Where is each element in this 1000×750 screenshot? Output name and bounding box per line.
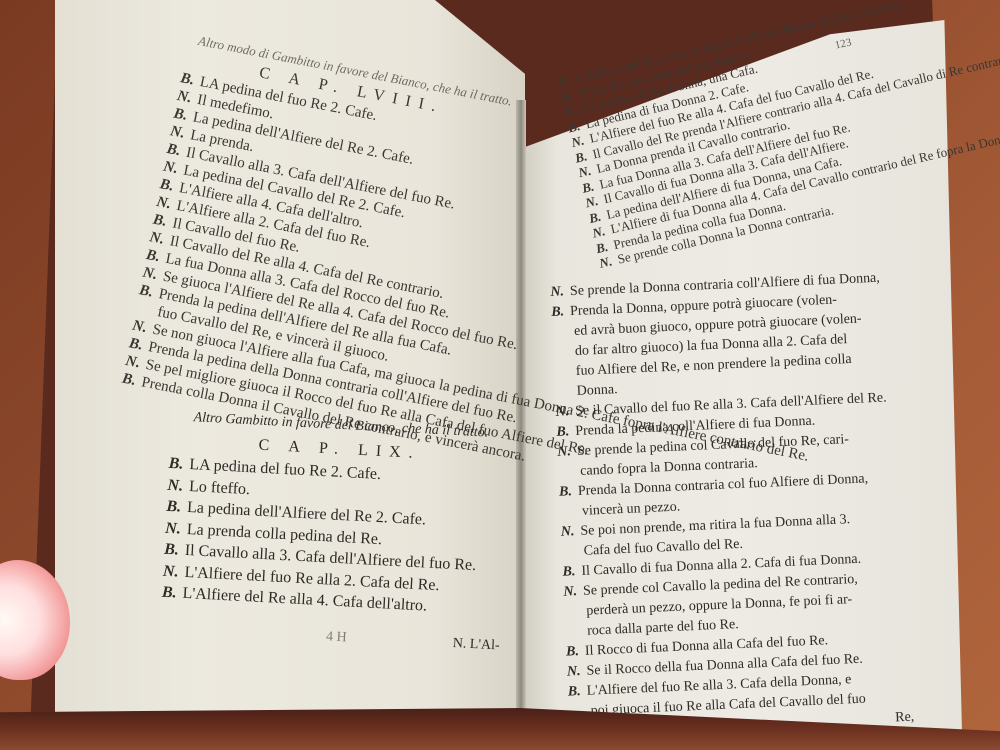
white-player-marker: B. [179, 70, 196, 88]
white-player-marker: B. [566, 644, 579, 660]
white-player-marker: B. [161, 584, 177, 602]
white-player-marker: B. [556, 424, 569, 440]
move-list: B.LA pedina del fuo Re 2. Cafe.N.Il mede… [121, 69, 517, 452]
white-player-marker: B. [562, 564, 575, 580]
book-gutter [516, 100, 526, 730]
white-player-marker: B. [165, 141, 182, 159]
black-player-marker: N. [563, 102, 579, 119]
black-player-marker: N. [555, 404, 569, 420]
black-player-marker: N. [162, 159, 179, 177]
white-player-marker: B. [128, 335, 145, 353]
black-player-marker: N. [167, 476, 183, 494]
black-player-marker: N. [124, 353, 141, 371]
left-page-lower-text: Altro Gambitto in favore del Bianco, che… [159, 400, 511, 656]
white-player-marker: B. [152, 212, 169, 230]
black-player-marker: N. [591, 223, 607, 240]
black-player-marker: N. [176, 88, 193, 106]
black-player-marker: N. [577, 163, 593, 180]
signature-mark: 4 H [326, 626, 348, 649]
black-player-marker: N. [563, 584, 577, 600]
move-list: B.LA pedina del fuo Re 2. Cafe.N.Lo ftef… [161, 453, 508, 621]
catchword: N. L'Al- [452, 633, 500, 657]
black-player-marker: N. [169, 123, 186, 141]
black-player-marker: N. [584, 193, 600, 210]
black-player-marker: N. [570, 133, 586, 150]
black-player-marker: N. [550, 284, 564, 300]
white-player-marker: B. [164, 541, 180, 559]
black-player-marker: N. [148, 229, 165, 247]
black-player-marker: N. [556, 72, 572, 89]
move-text: vincerà un pezzo. [582, 500, 681, 519]
white-player-marker: B. [145, 247, 162, 265]
white-player-marker: B. [551, 304, 564, 320]
white-player-marker: B. [172, 106, 189, 124]
white-player-marker: B. [138, 282, 155, 300]
black-player-marker: N. [131, 318, 148, 336]
white-player-marker: B. [168, 455, 184, 473]
move-text: Donna. [576, 382, 617, 399]
black-player-marker: N. [598, 253, 614, 270]
white-player-marker: B. [166, 498, 182, 516]
white-player-marker: B. [559, 484, 572, 500]
move-text: Lo fteffo. [189, 478, 251, 498]
black-player-marker: N. [165, 519, 181, 537]
white-player-marker: B. [159, 176, 176, 194]
black-player-marker: N. [557, 444, 571, 460]
right-page-lower-text: N.Se prende la Donna contraria coll'Alfi… [550, 268, 915, 743]
black-player-marker: N. [155, 194, 172, 212]
black-player-marker: N. [567, 664, 581, 680]
left-page-upper-text: Altro modo di Gambitto in favore del Bia… [121, 30, 524, 452]
black-player-marker: N. [561, 524, 575, 540]
white-player-marker: B. [121, 371, 138, 389]
black-player-marker: N. [163, 562, 179, 580]
white-player-marker: B. [568, 684, 581, 700]
move-list: N.Se prende la Donna contraria coll'Alfi… [550, 268, 914, 723]
black-player-marker: N. [141, 265, 158, 283]
